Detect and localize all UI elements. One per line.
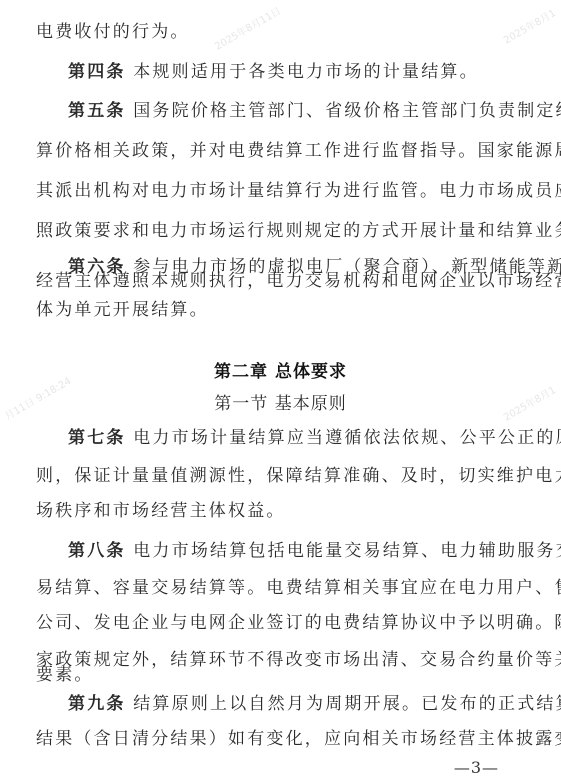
paragraph-line: 则，保证计量量值溯源性，保障结算准确、及时，切实维护电力市 [36,466,536,486]
article-label: 第八条 [68,541,126,561]
paragraph-line: 电费收付的行为。 [36,22,536,42]
document-page: 2025年8月11日 2025年8月1 月11日 9:18:24 2025年8月… [0,0,561,777]
article-text: 电力市场计量结算应当遵循依法依规、公平公正的原 [126,428,561,448]
article-text: 本规则适用于各类电力市场的计量结算。 [126,62,479,82]
article-7: 第七条 电力市场计量结算应当遵循依法依规、公平公正的原 [68,428,561,448]
paragraph-line: 要素。 [36,665,536,685]
article-4: 第四条 本规则适用于各类电力市场的计量结算。 [68,62,561,82]
paragraph-line: 体为单元开展结算。 [36,300,536,320]
paragraph-line: 公司、发电企业与电网企业签订的电费结算协议中予以明确。除国 [36,613,536,633]
article-label: 第四条 [68,62,126,82]
article-9: 第九条 结算原则上以自然月为周期开展。已发布的正式结算 [68,694,561,714]
article-text: 电力市场结算包括电能量交易结算、电力辅助服务交 [126,541,561,561]
article-5: 第五条 国务院价格主管部门、省级价格主管部门负责制定结 [68,101,561,121]
section-title: 第一节 基本原则 [0,394,561,414]
paragraph-line: 易结算、容量交易结算等。电费结算相关事宜应在电力用户、售电 [36,578,536,598]
paragraph-line: 算价格相关政策，并对电费结算工作进行监督指导。国家能源局及 [36,141,536,161]
chapter-title: 第二章 总体要求 [0,362,561,382]
paragraph-line: 经营主体遵照本规则执行，电力交易机构和电网企业以市场经营主 [36,271,536,291]
article-text: 国务院价格主管部门、省级价格主管部门负责制定结 [126,101,561,121]
page-number: —3— [454,758,499,777]
article-text: 结算原则上以自然月为周期开展。已发布的正式结算 [126,694,561,714]
paragraph-line: 结果（含日清分结果）如有变化，应向相关市场经营主体披露变动 [36,729,536,749]
paragraph-line: 其派出机构对电力市场计量结算行为进行监管。电力市场成员应按 [36,181,536,201]
article-label: 第五条 [68,101,126,121]
paragraph-line: 照政策要求和电力市场运行规则规定的方式开展计量和结算业务。 [36,221,536,241]
article-label: 第七条 [68,428,126,448]
article-label: 第九条 [68,694,126,714]
article-8: 第八条 电力市场结算包括电能量交易结算、电力辅助服务交 [68,541,561,561]
paragraph-line: 场秩序和市场经营主体权益。 [36,501,536,521]
